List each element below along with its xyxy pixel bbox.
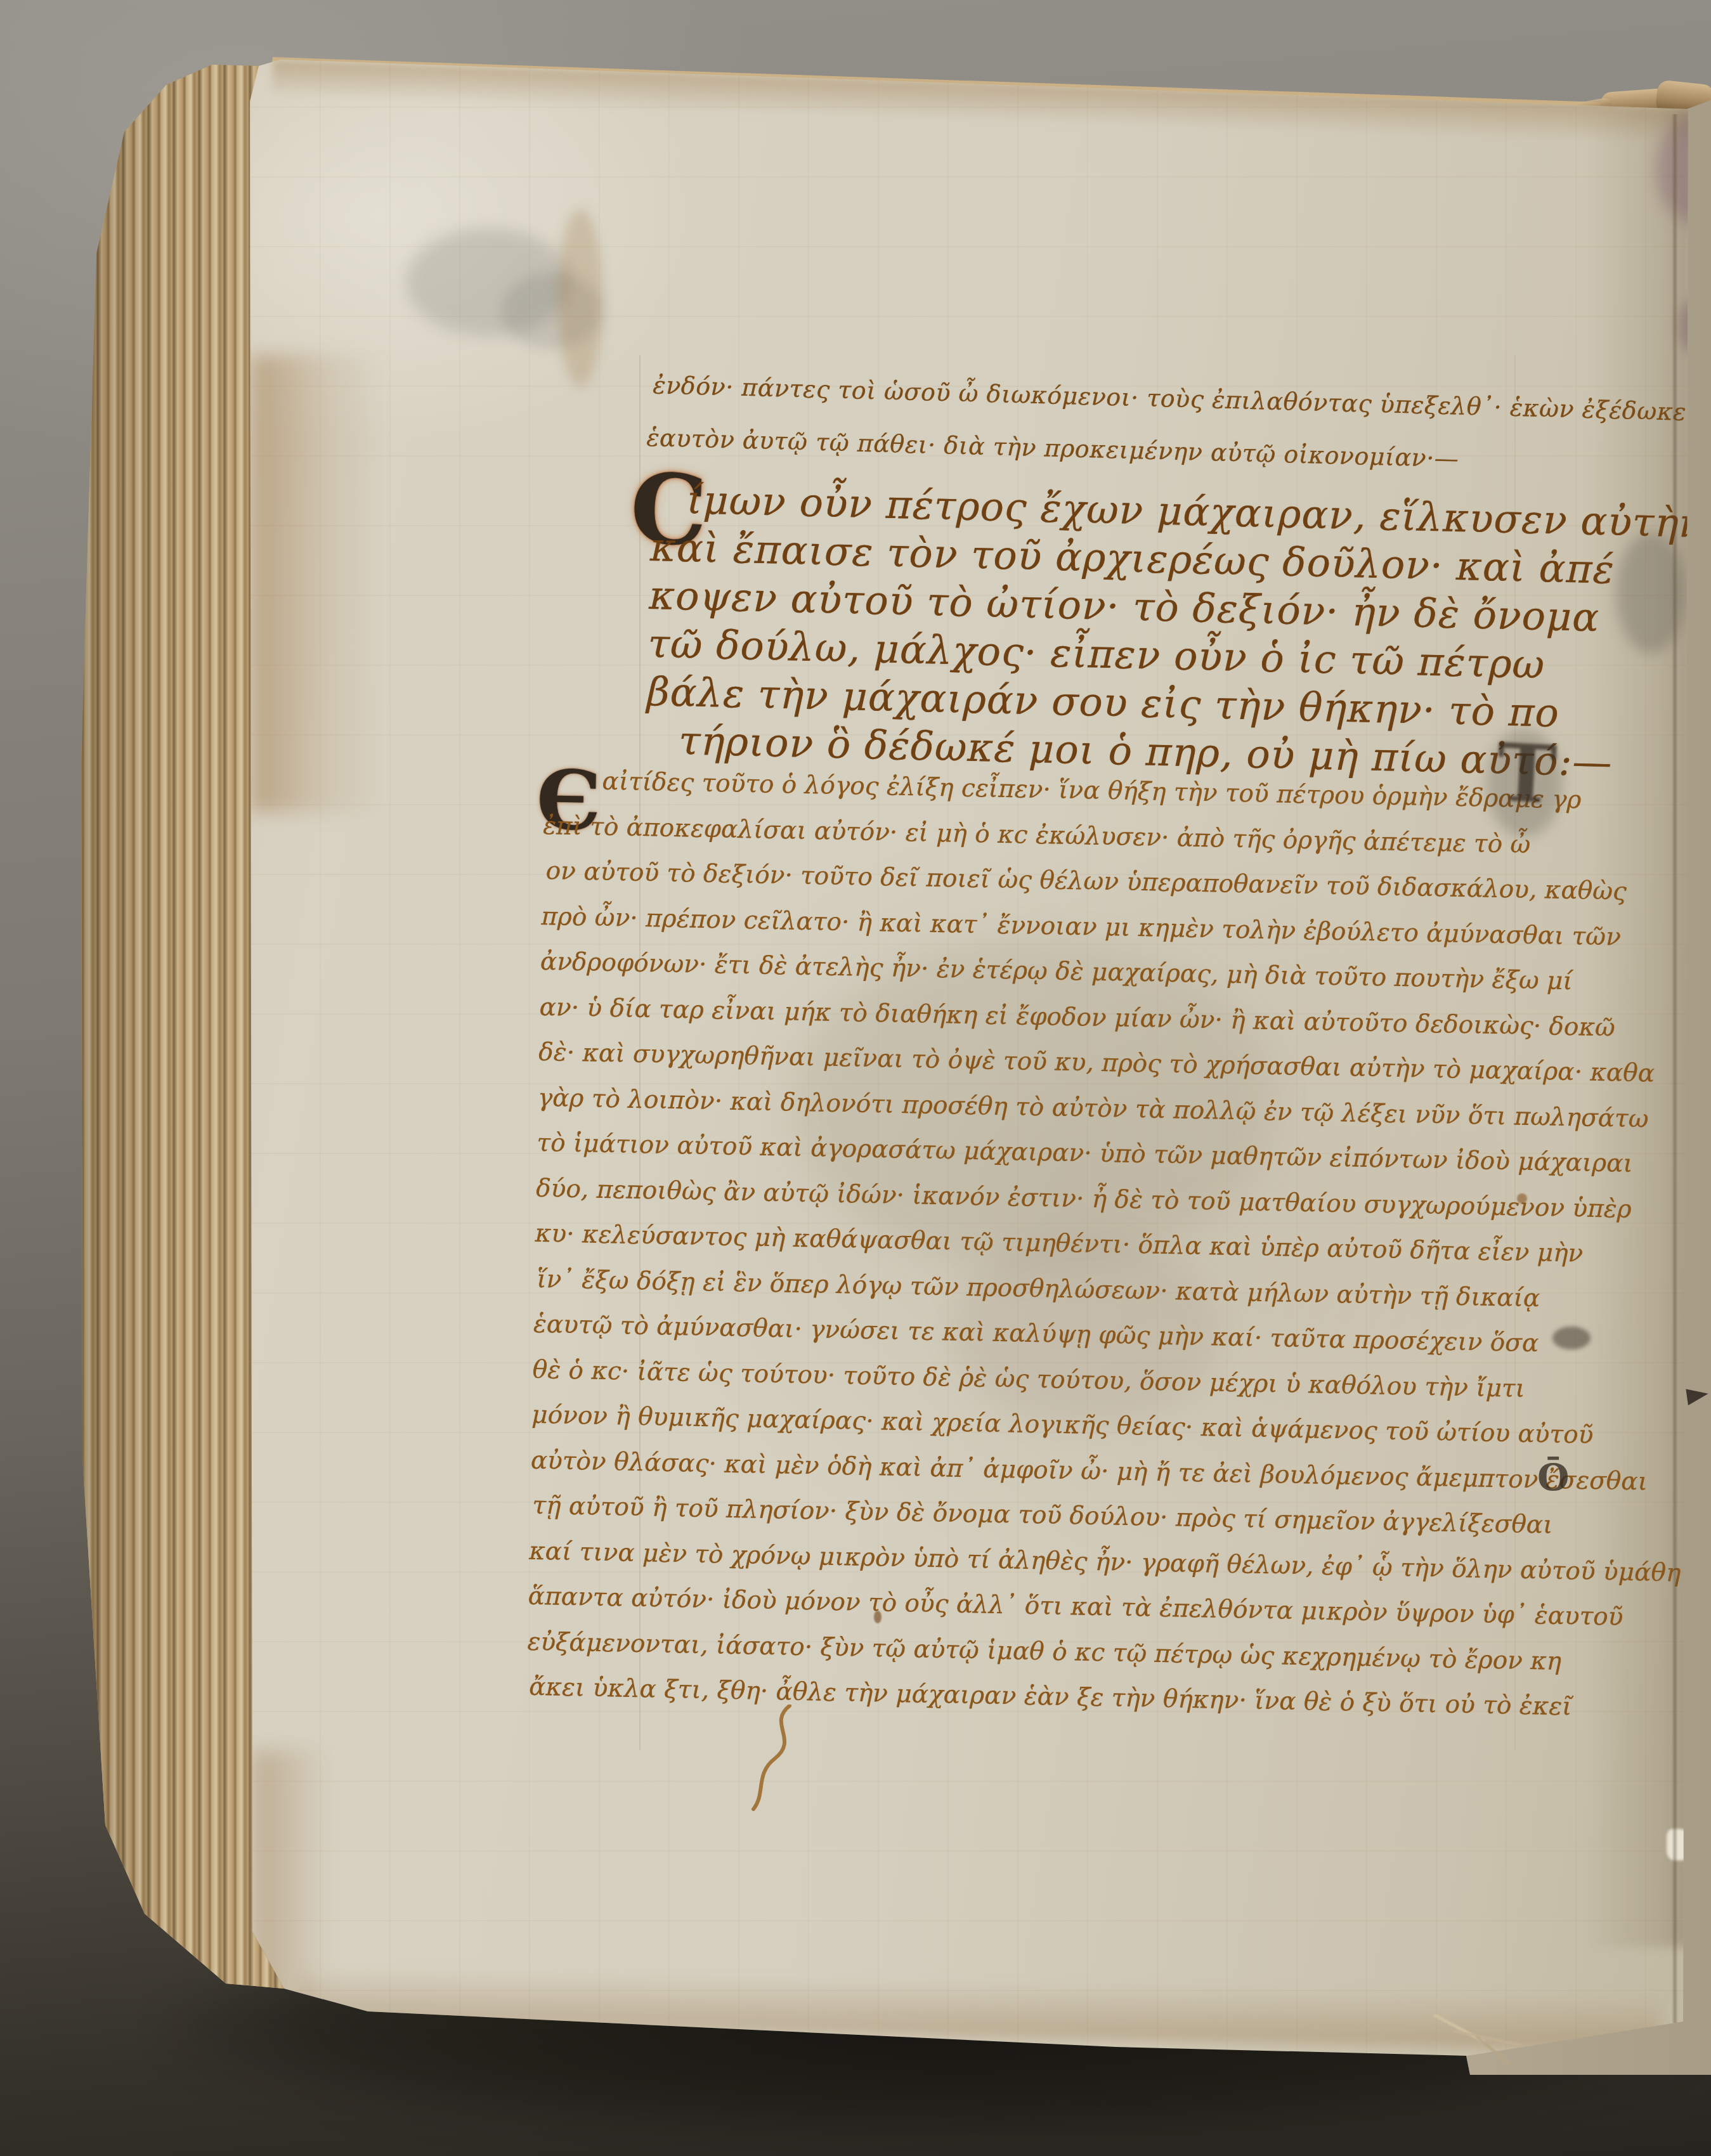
pen-flourish xyxy=(729,1705,818,1812)
gutter-crease xyxy=(1672,114,1678,2023)
brown-streak xyxy=(558,209,602,387)
manuscript-page: ἐνδόν· πάντες τοὶ ὡσοῦ ὦ διωκόμενοι· τοὺ… xyxy=(0,0,1711,2156)
dark-mark-leaf-edge xyxy=(1686,1386,1709,1405)
water-stain-left-edge xyxy=(251,355,384,812)
ink-blot-halo xyxy=(1487,729,1563,837)
right-margin-ring-mark: Ō xyxy=(1537,1456,1570,1499)
manuscript-photo-scene: ἐνδόν· πάντες τοὶ ὡσοῦ ὦ διωκόμενοι· τοὺ… xyxy=(0,0,1711,2156)
dark-smudge-right xyxy=(1552,1327,1591,1349)
